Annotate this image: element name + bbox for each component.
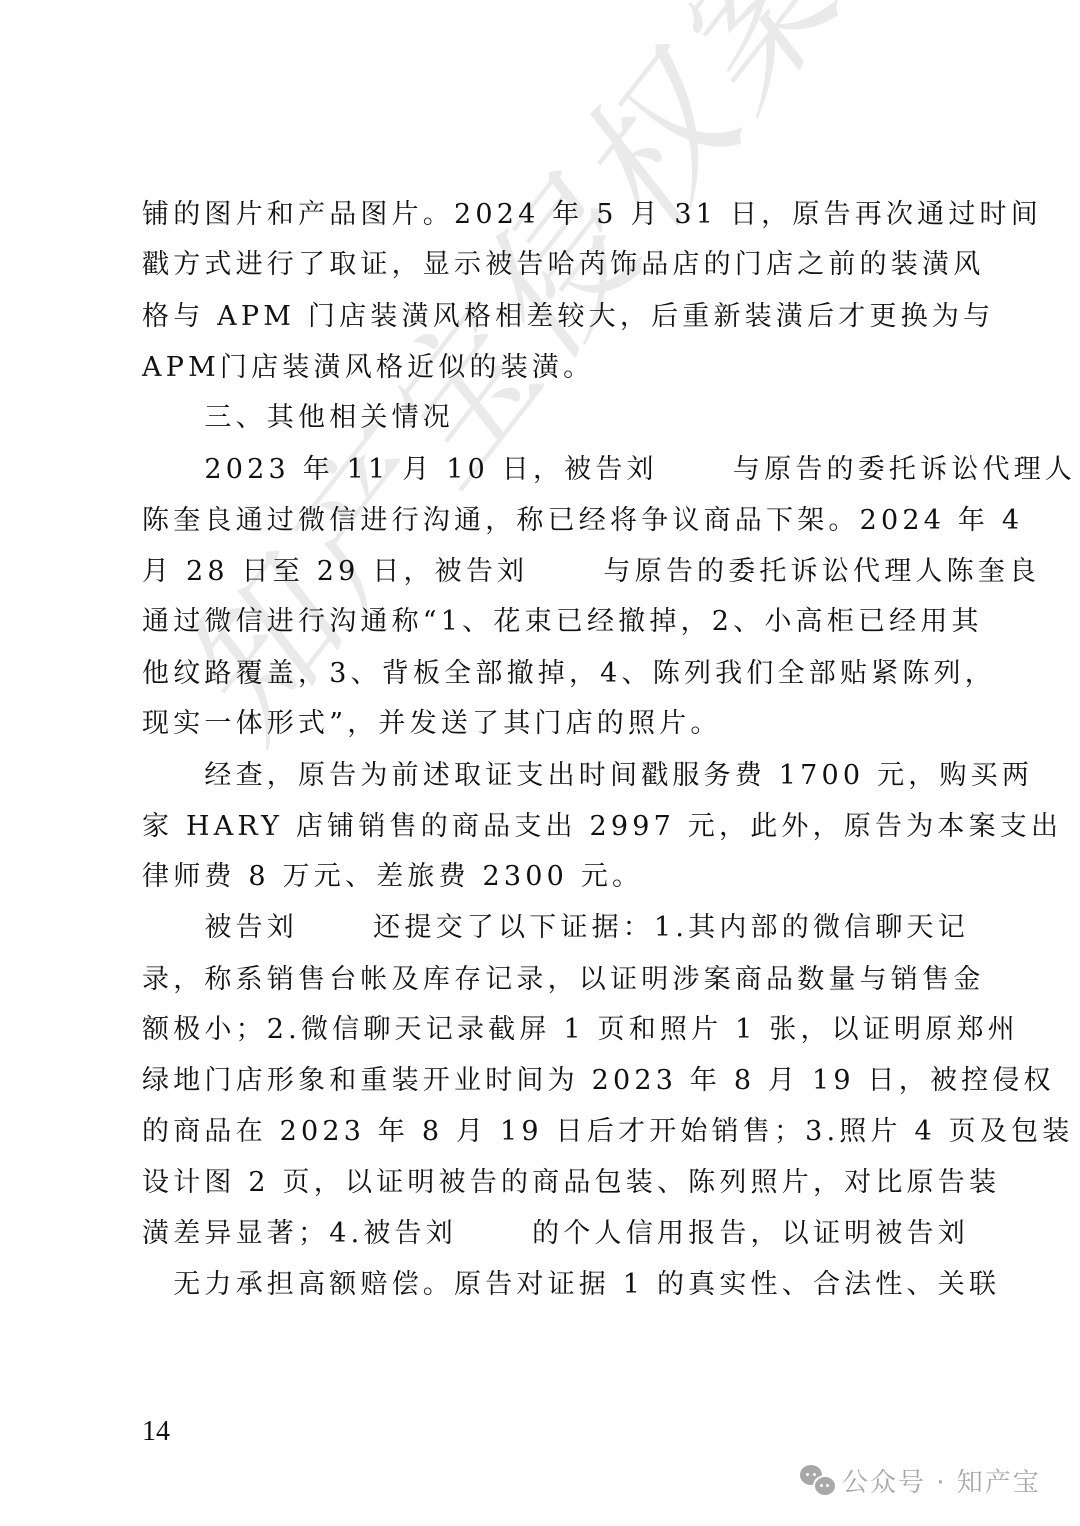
text-line: 通过微信进行沟通称“1、花束已经撤掉，2、小高柜已经用其 — [142, 607, 942, 637]
text-line: 戳方式进行了取证，显示被告哈芮饰品店的门店之前的装潢风 — [142, 250, 942, 280]
text-line: 无力承担高额赔偿。原告对证据 1 的真实性、合法性、关联 — [142, 1270, 942, 1300]
section-heading: 三、其他相关情况 — [142, 403, 942, 433]
text-line: 格与 APM 门店装潢风格相差较大，后重新装潢后才更换为与 — [142, 302, 942, 332]
text-line: 额极小；2.微信聊天记录截屏 1 页和照片 1 张，以证明原郑州 — [142, 1015, 942, 1045]
page-number: 14 — [142, 1416, 170, 1448]
text-line: 现实一体形式”，并发送了其门店的照片。 — [142, 709, 942, 739]
text-line: 家 HARY 店铺销售的商品支出 2997 元，此外，原告为本案支出 — [142, 812, 942, 842]
text-line: 潢差异显著；4.被告刘 的个人信用报告，以证明被告刘 — [142, 1219, 942, 1249]
text-line: 的商品在 2023 年 8 月 19 日后才开始销售；3.照片 4 页及包装 — [142, 1117, 942, 1147]
text-line: 2023 年 11 月 10 日，被告刘 与原告的委托诉讼代理人 — [142, 455, 942, 485]
text-line: 陈奎良通过微信进行沟通，称已经将争议商品下架。2024 年 4 — [142, 506, 942, 536]
text-line: 被告刘 还提交了以下证据：1.其内部的微信聊天记 — [142, 913, 942, 943]
brand-label: 公众号 · 知产宝 — [842, 1462, 1041, 1499]
text-line: 他纹路覆盖，3、背板全部撤掉，4、陈列我们全部贴紧陈列， — [142, 659, 942, 689]
text-line: APM门店装潢风格近似的装潢。 — [142, 353, 942, 383]
text-line: 录，称系销售台帐及库存记录，以证明涉案商品数量与销售金 — [142, 965, 942, 995]
footer-brand: 公众号 · 知产宝 — [800, 1462, 1041, 1499]
text-line: 经查，原告为前述取证支出时间戳服务费 1700 元，购买两 — [142, 761, 942, 791]
text-line: 铺的图片和产品图片。2024 年 5 月 31 日，原告再次通过时间 — [142, 200, 942, 230]
text-line: 设计图 2 页，以证明被告的商品包装、陈列照片，对比原告装 — [142, 1168, 942, 1198]
wechat-icon — [800, 1465, 836, 1497]
text-line: 律师费 8 万元、差旅费 2300 元。 — [142, 862, 942, 892]
document-page: 知产宝侵权案例 铺的图片和产品图片。2024 年 5 月 31 日，原告再次通过… — [0, 0, 1080, 1526]
text-line: 绿地门店形象和重装开业时间为 2023 年 8 月 19 日，被控侵权 — [142, 1066, 942, 1096]
text-line: 月 28 日至 29 日，被告刘 与原告的委托诉讼代理人陈奎良 — [142, 557, 942, 587]
